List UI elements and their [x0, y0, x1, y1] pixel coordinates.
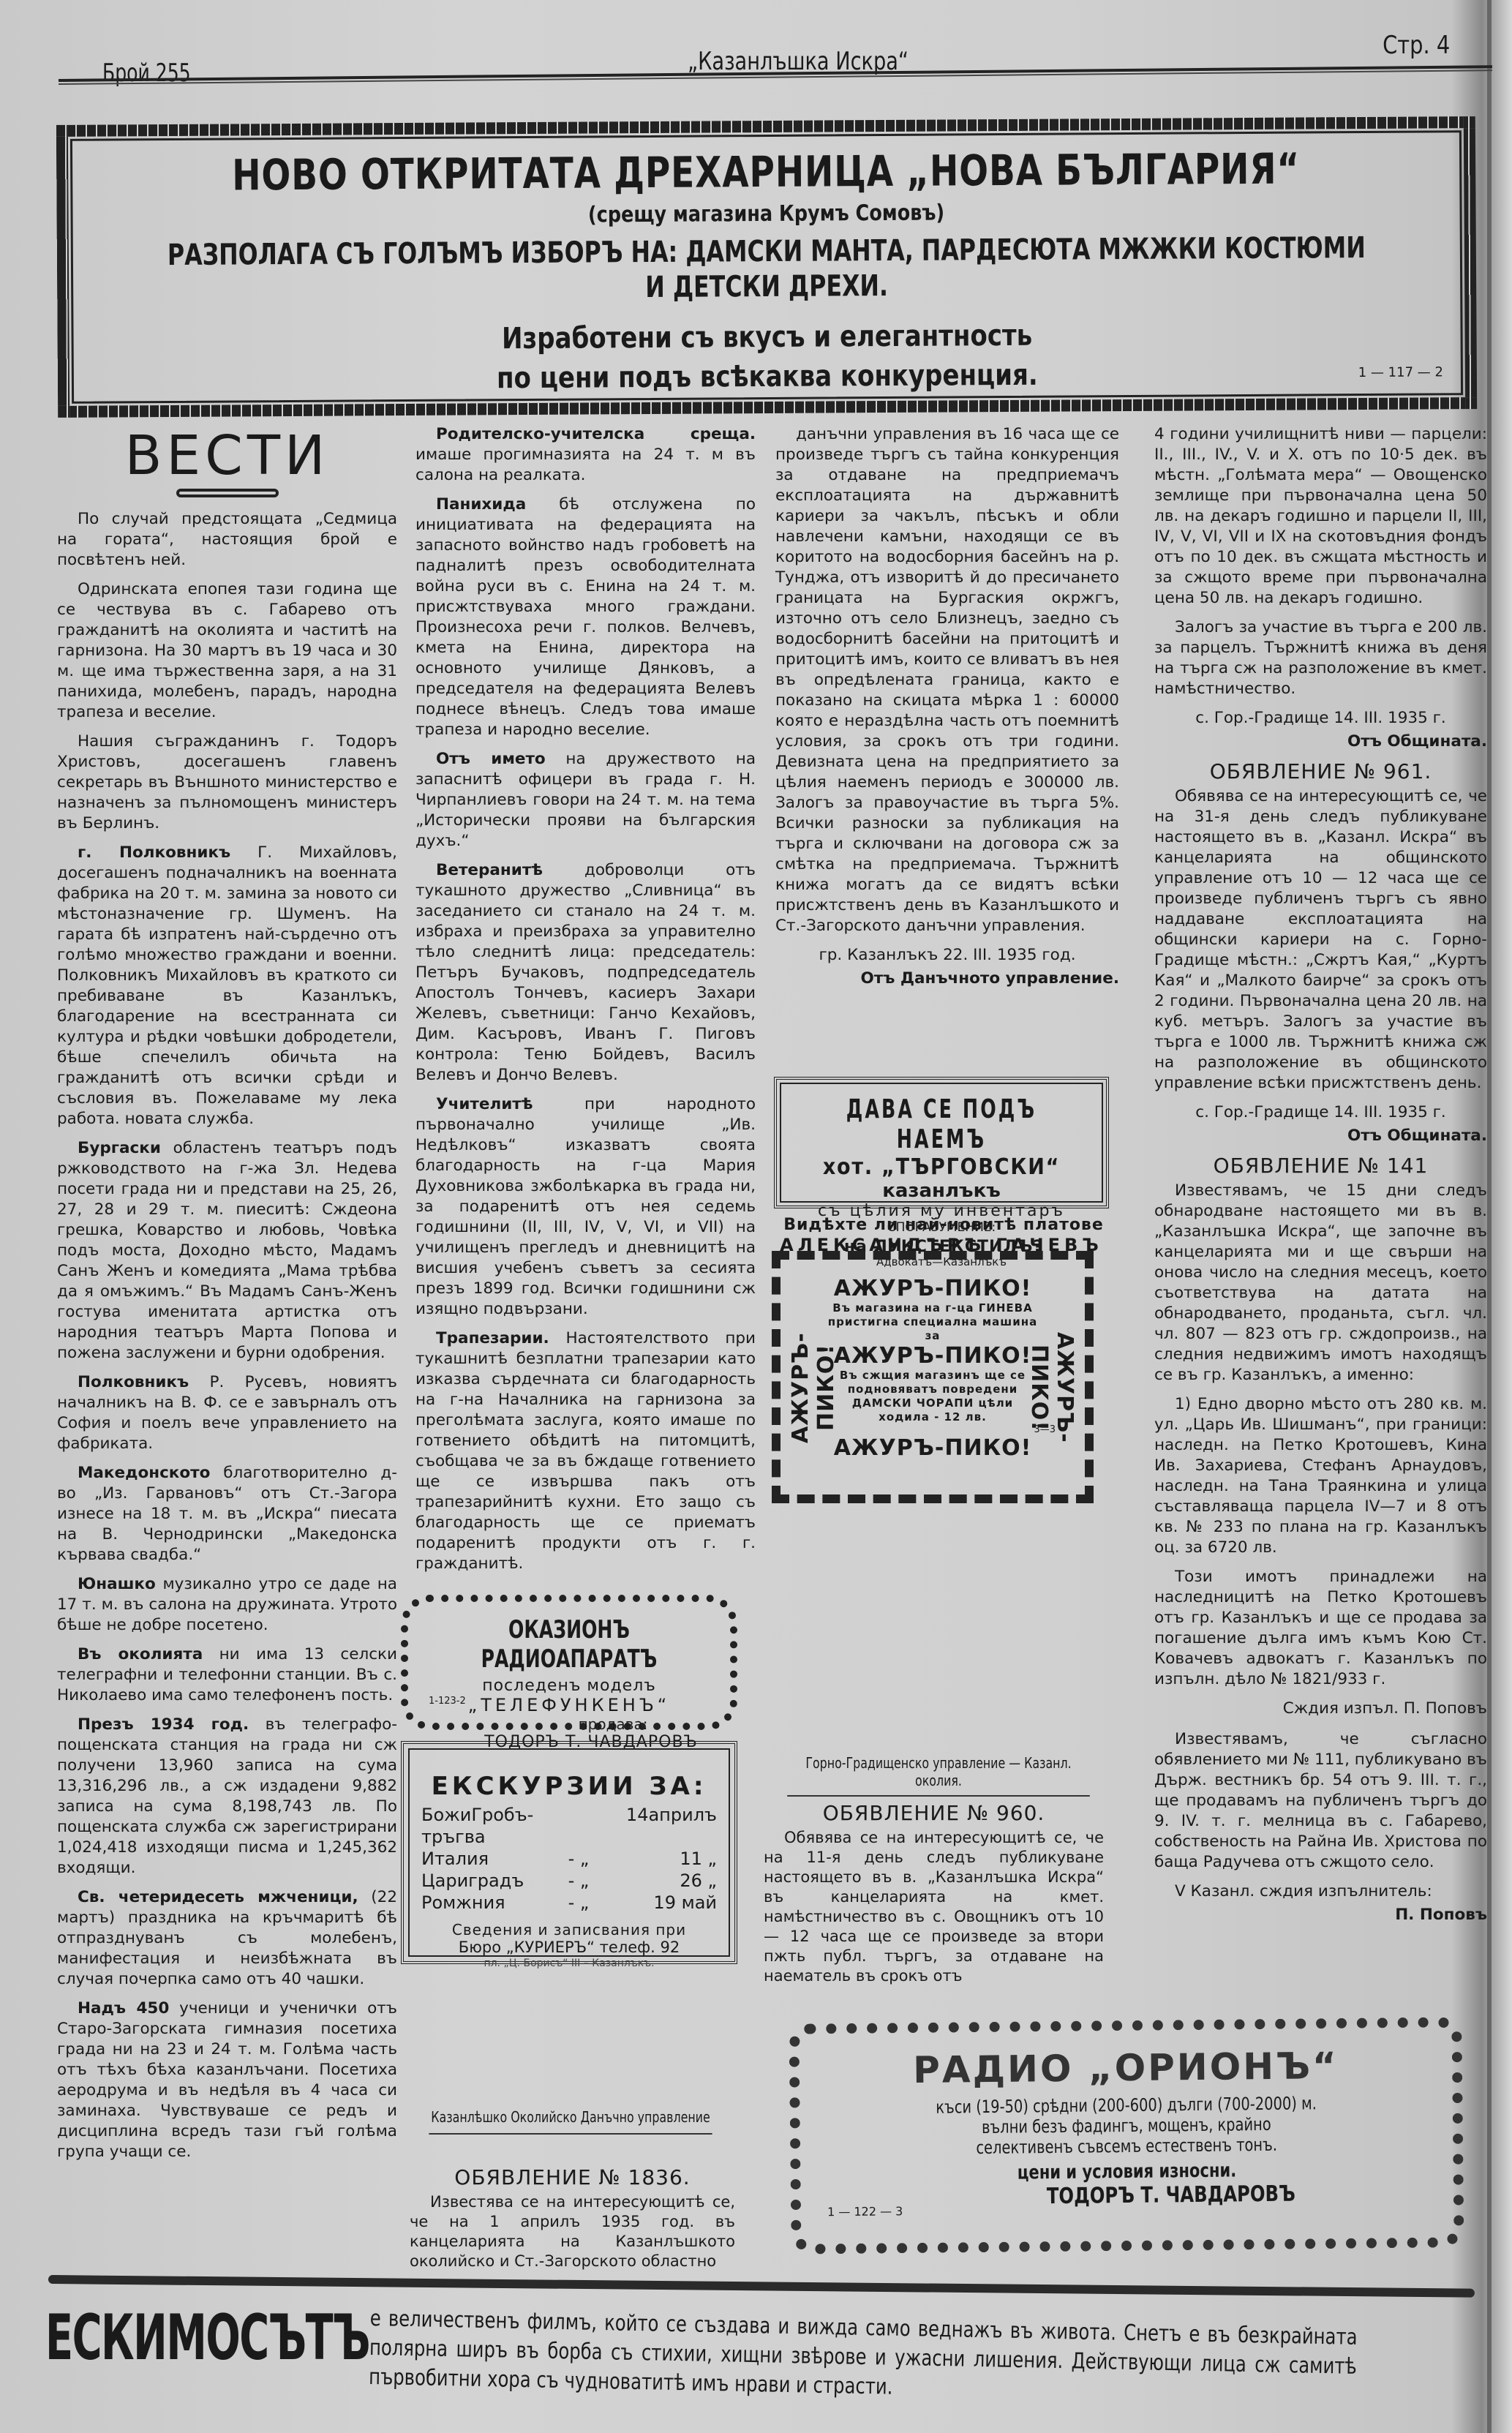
news-list: Родителско-учителска среща. имаше прогим…	[415, 424, 756, 1574]
news-item: Трапезарии. Настоятелството при тукашнит…	[415, 1328, 756, 1574]
ad-text: Въ магазина на г-ца ГИНЕВА пристигна спе…	[824, 1301, 1041, 1343]
hotel-rent-ad: ДАВА СЕ ПОДЪ НАЕМЪ хот. „ТЪРГОВСКИ“ каза…	[774, 1077, 1109, 1208]
news-item-lead: Юнашко	[78, 1575, 156, 1593]
title-ornament	[176, 489, 279, 497]
news-item: Бургаски областенъ театъръ подъ ржководс…	[57, 1138, 397, 1364]
ad-subtitle: последенъ моделъ	[408, 1677, 730, 1695]
news-item-text: Настоятелството при тукашнитѣ безплатни …	[415, 1329, 756, 1573]
excursion-place: Италия	[421, 1848, 553, 1870]
news-item: Св. четеридесеть мжченици, (22 мартъ) пр…	[57, 1887, 397, 1990]
ad-seller: ТОДОРЪ Т. ЧАВДАРОВЪ	[917, 2180, 1425, 2211]
news-item: Нашия съгражданинъ г. Тодоръ Христовъ, д…	[57, 732, 397, 834]
municipal-office-header: Горно-Градищенско управление — Казанл. о…	[787, 1754, 1090, 1797]
property-owner: Този имотъ принадлежи на наследницитѣ на…	[1154, 1567, 1487, 1690]
excursion-sep	[553, 1804, 604, 1848]
property-item: 1) Едно дворно мѣсто отъ 280 кв. м. ул. …	[1154, 1394, 1487, 1558]
announcement-signature: Отъ Общината.	[1154, 1126, 1487, 1146]
news-column-2: Родителско-учителска среща. имаше прогим…	[415, 424, 756, 1583]
excursion-sep: - „	[553, 1848, 604, 1870]
ad-bureau: Бюро „КУРИЕРЪ“ телеф. 92	[421, 1938, 717, 1956]
excursion-row: Ромжния- „19 май	[421, 1892, 717, 1914]
ad-offer-line: И ДЕТСКИ ДРЕХИ.	[153, 266, 1381, 308]
news-item-lead: Бургаски	[78, 1139, 161, 1157]
news-item: Юнашко музикално утро се даде на 17 т. м…	[57, 1574, 397, 1636]
page-edge-shadow	[1487, 0, 1492, 2433]
announcement-title: ОБЯВЛЕНИЕ № 961.	[1154, 759, 1487, 783]
excursion-row: Цариградъ- „26 „	[421, 1870, 717, 1892]
announcement-signature: Сждия изпъл. П. Поповъ	[1154, 1699, 1487, 1719]
announcement-signature: Отъ Общината.	[1154, 732, 1487, 752]
news-item: Ветеранитѣ доброволци отъ тукашното друж…	[415, 860, 756, 1086]
announcement-title: ОБЯВЛЕНИЕ № 141	[1154, 1154, 1487, 1178]
column-3: данъчни управления въ 16 часа ще се прои…	[775, 424, 1119, 996]
ad-line: Видѣхте ли най-новитѣ платове	[775, 1214, 1112, 1236]
announcement-text: Известявамъ, че 15 дни следъ обнародване…	[1154, 1181, 1487, 1385]
news-item: г. Полковникъ Г. Михайловъ, досегашенъ п…	[57, 843, 397, 1129]
news-item: Учителитѣ при народното първоначално учи…	[415, 1094, 756, 1320]
announcement-text: Обявява се на интересующитѣ се, че на 11…	[764, 1828, 1104, 1986]
excursion-sep: - „	[553, 1870, 604, 1892]
ad-seller-label: продава:	[496, 1715, 730, 1733]
ad-text: Въ сжщия магазинъ ще се подновяватъ повр…	[824, 1369, 1041, 1424]
ad-hotel-name: хот. „ТЪРГОВСКИ“	[794, 1154, 1090, 1180]
announcement-signature: П. Поповъ	[1154, 1905, 1487, 1925]
news-item-text: По случай предстоящата „Седмица на горат…	[57, 510, 397, 569]
ad-location: (срещу магазина Крумъ Сомовъ)	[173, 198, 1360, 230]
news-item-text: имаше прогимназията на 24 т. м въ салона…	[415, 445, 756, 484]
news-item-lead: Св. четеридесеть мжченици,	[78, 1888, 358, 1906]
announcement-1836: ОБЯВЛЕНИЕ № 1836. Известява се на интере…	[410, 2158, 735, 2271]
side-text-right: АЖУРЪ-ПИКО!	[1026, 1289, 1077, 1486]
news-item-text: ученици и ученички отъ Старо-Загорската …	[57, 1999, 397, 2161]
ad-slogan-line: Изработени съ вкусъ и елегантность	[174, 314, 1361, 361]
news-item-lead: Трапезарии.	[436, 1329, 549, 1347]
excursions-ad: ЕКСКУРЗИИ ЗА: БожиГробъ-тръгва14априлъИт…	[401, 1741, 737, 1964]
radio-orion-ad: РАДИО „ОРИОНЪ“ къси (19-50) срѣдни (200-…	[789, 2017, 1464, 2255]
deposit-text: Залогъ за участие въ търга е 200 лв. за …	[1154, 617, 1487, 699]
news-item-text: при народното първоначално училище „Ив. …	[415, 1095, 756, 1318]
clothing-store-ad: НОВО ОТКРИТАТА ДРЕХАРНИЦА „НОВА БЪЛГАРИЯ…	[56, 116, 1477, 418]
column-4: 4 години училищнитѣ ниви — парцели: II.,…	[1154, 424, 1487, 1933]
ad-address: пл. „Ц. Борисъ“ III – Казанлъкъ.	[421, 1958, 717, 1969]
ad-title: ДАВА СЕ ПОДЪ НАЕМЪ	[813, 1094, 1070, 1154]
excursion-place: Цариградъ	[421, 1870, 553, 1892]
radio-sale-ad: ОКАЗИОНЪ РАДИОАПАРАТЪ последенъ моделъ „…	[401, 1595, 737, 1730]
news-item: Одринската епопея тази година ще се чест…	[57, 579, 397, 723]
news-list: По случай предстоящата „Седмица на горат…	[57, 509, 397, 2162]
news-item-lead: Панихида	[436, 495, 526, 514]
news-item-lead: Родителско-учителска среща.	[436, 425, 756, 443]
tender-text: данъчни управления въ 16 часа ще се прои…	[775, 424, 1119, 936]
news-item-lead: Въ околията	[78, 1645, 203, 1663]
side-text-left: АЖУРЪ-ПИКО!	[788, 1289, 839, 1486]
excursion-sep: - „	[553, 1892, 604, 1914]
mill-sale-text: Известявамъ, че съгласно обявлението ми …	[1154, 1729, 1487, 1873]
ad-code: 1-123-2	[429, 1696, 466, 1707]
news-item-lead: Отъ името	[436, 750, 546, 768]
news-item: Македонското благотворително д-во „Из. Г…	[57, 1463, 397, 1565]
ad-title: ОКАЗИОНЪ РАДИОАПАРАТЪ	[437, 1615, 702, 1674]
ad-headline: АЖУРЪ-ПИКО!	[824, 1276, 1041, 1301]
excursion-date: 14априлъ	[604, 1804, 717, 1848]
announcement-title: ОБЯВЛЕНИЕ № 960.	[764, 1801, 1104, 1825]
excursion-date: 11 „	[604, 1848, 717, 1870]
ajur-piko-ad: АЖУРЪ-ПИКО! АЖУРЪ-ПИКО! АЖУРЪ-ПИКО! Въ м…	[772, 1251, 1094, 1503]
announcement-date: с. Гор.-Градище 14. III. 1935 г.	[1154, 708, 1487, 729]
ad-offer-line: РАЗПОЛАГА СЪ ГОЛЪМЪ ИЗБОРЪ НА: ДАМСКИ МА…	[152, 230, 1380, 273]
news-item-text: бѣ отслужена по инициативата на федераци…	[415, 495, 756, 739]
news-item: Презъ 1934 год. въ телеграфо-пощенската …	[57, 1715, 397, 1879]
ad-town: казанлъкъ	[777, 1180, 1106, 1202]
news-item-lead: Македонското	[78, 1464, 210, 1482]
ad-headline: АЖУРЪ-ПИКО!	[824, 1435, 1041, 1461]
banner-rule	[48, 2275, 1475, 2298]
news-item: Отъ името на дружеството на запаснитѣ оф…	[415, 749, 756, 851]
masthead: Брой 255 „Казанлъшка Искра“ Стр. 4	[102, 28, 1478, 72]
announcement-continued: 4 години училищнитѣ ниви — парцели: II.,…	[1154, 424, 1487, 609]
news-item-lead: Презъ 1934 год.	[78, 1715, 249, 1734]
news-item: Полковникъ Р. Русевъ, новиятъ началникъ …	[57, 1372, 397, 1454]
tender-signature: Отъ Данъчното управление.	[775, 969, 1119, 989]
ad-info: Сведения и записвания при	[421, 1921, 717, 1938]
news-item-lead: Надъ 450	[78, 1999, 169, 2018]
ad-slogan-line: по цени подъ всѣкаква конкуренция.	[174, 353, 1361, 400]
announcement-text: Обявява се на интересующитѣ се, че на 31…	[1154, 786, 1487, 1094]
excursion-date: 26 „	[604, 1870, 717, 1892]
news-item-text: Г. Михайловъ, досегашенъ подначалникъ на…	[57, 843, 397, 1128]
announcement-date: с. Гор.-Градище 14. III. 1935 г.	[1154, 1102, 1487, 1123]
news-item-lead: г. Полковникъ	[78, 843, 230, 862]
ad-code: 3—3	[824, 1424, 1056, 1435]
ad-code: 1 — 122 — 3	[827, 2204, 903, 2219]
ad-title: ЕКСКУРЗИИ ЗА:	[421, 1772, 717, 1801]
news-column-1: ВЕСТИ По случай предстоящата „Седмица на…	[57, 424, 397, 2171]
excursion-place: БожиГробъ-тръгва	[421, 1804, 553, 1848]
excursion-date: 19 май	[604, 1892, 717, 1914]
film-description: е величественъ филмъ, който се създава и…	[369, 2304, 1358, 2411]
ad-headline: АЖУРЪ-ПИКО!	[824, 1343, 1041, 1369]
tender-date: гр. Казанлъкъ 22. III. 1935 год.	[775, 945, 1119, 966]
news-item-text: Нашия съгражданинъ г. Тодоръ Христовъ, д…	[57, 732, 397, 832]
announcement-title: ОБЯВЛЕНИЕ № 1836.	[410, 2165, 735, 2189]
ad-code: 1 — 117 — 2	[1358, 364, 1443, 380]
ad-offer: РАЗПОЛАГА СЪ ГОЛЪМЪ ИЗБОРЪ НА: ДАМСКИ МА…	[152, 230, 1381, 308]
news-item: Надъ 450 ученици и ученички отъ Старо-За…	[57, 1998, 397, 2162]
excursion-list: БожиГробъ-тръгва14априлъИталия- „11 „Цар…	[421, 1804, 717, 1914]
page-number: Стр. 4	[1383, 31, 1450, 60]
film-title: ЕСКИМОСЪТЪ	[45, 2301, 253, 2374]
excursion-row: БожиГробъ-тръгва14априлъ	[421, 1804, 717, 1848]
news-item: Родителско-учителска среща. имаше прогим…	[415, 424, 756, 486]
newspaper-page: Брой 255 „Казанлъшка Искра“ Стр. 4 НОВО …	[0, 0, 1512, 2433]
section-title: ВЕСТИ	[57, 424, 397, 487]
news-item: Въ околията ни има 13 селски телеграфни …	[57, 1644, 397, 1706]
ad-slogan: Изработени съ вкусъ и елегантность по це…	[174, 314, 1361, 400]
court-label: V Казанл. сждия изпълнитель:	[1154, 1881, 1487, 1902]
news-item-text: доброволци отъ тукашното дружество „Слив…	[415, 861, 756, 1084]
excursion-row: Италия- „11 „	[421, 1848, 717, 1870]
news-item-text: областенъ театъръ подъ ржководството на …	[57, 1139, 397, 1362]
announcement-960: ОБЯВЛЕНИЕ № 960. Обявява се на интересую…	[764, 1794, 1104, 1986]
excursion-place: Ромжния	[421, 1892, 553, 1914]
tax-office-header: Казанлѣшко Околийско Данъчно управление	[429, 2108, 712, 2135]
news-item-lead: Ветеранитѣ	[436, 861, 543, 879]
news-item-lead: Полковникъ	[78, 1373, 189, 1391]
news-item: Панихида бѣ отслужена по инициативата на…	[415, 495, 756, 740]
news-item-text: Одринската епопея тази година ще се чест…	[57, 580, 397, 721]
news-item: По случай предстоящата „Седмица на горат…	[57, 509, 397, 571]
ad-headline: НОВО ОТКРИТАТА ДРЕХАРНИЦА „НОВА БЪЛГАРИЯ…	[138, 143, 1394, 200]
news-item-lead: Учителитѣ	[436, 1095, 533, 1113]
news-item-text: въ телеграфо-пощенската станция на града…	[57, 1715, 397, 1877]
announcement-text: Известява се на интересующитѣ се, че на …	[410, 2192, 735, 2271]
ad-title: РАДИО „ОРИОНЪ“	[800, 2043, 1453, 2092]
